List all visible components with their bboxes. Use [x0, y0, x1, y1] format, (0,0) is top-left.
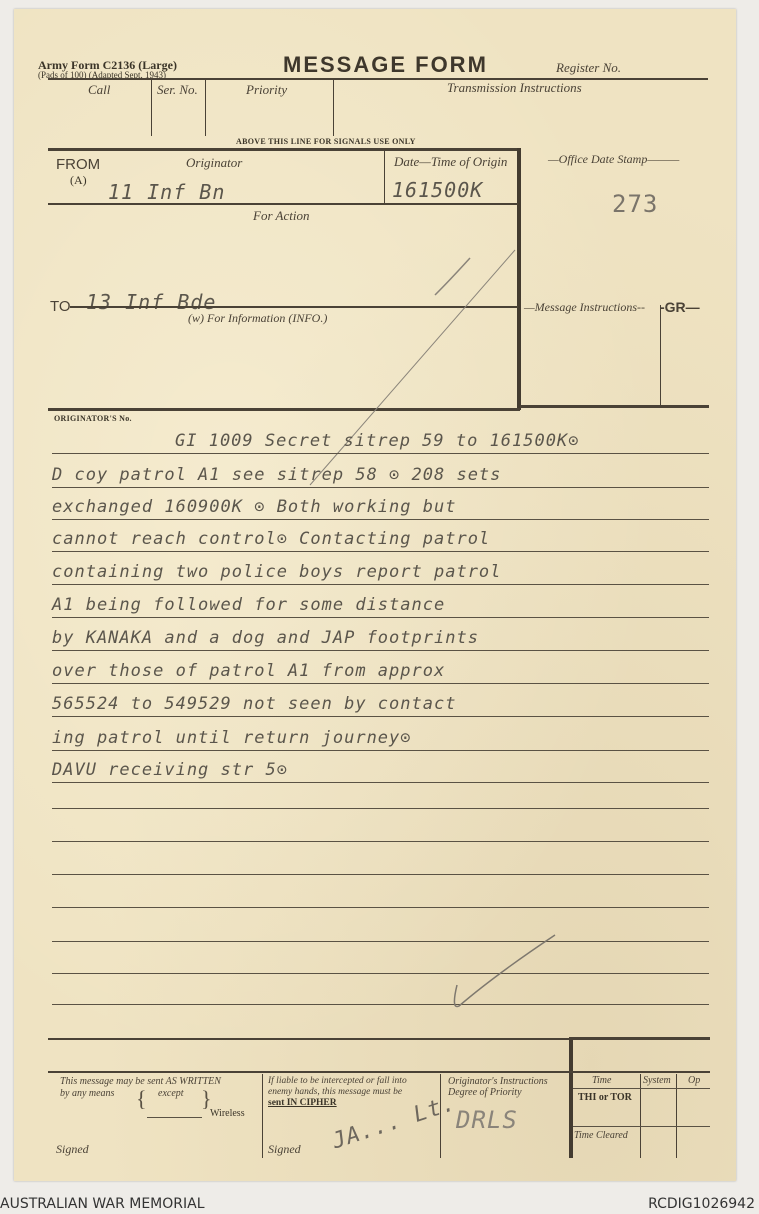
message-text-line: by KANAKA and a dog and JAP footprints	[52, 628, 712, 648]
degree-of-priority-label: Degree of Priority	[448, 1087, 522, 1098]
message-text-line: containing two police boys report patrol	[52, 562, 712, 582]
message-text-line: DAVU receiving str 5⊙	[52, 760, 712, 780]
time-box-top-rule	[569, 1037, 710, 1040]
call-label: Call	[88, 82, 110, 98]
time-col-label: Time	[592, 1075, 611, 1086]
message-line	[52, 683, 709, 684]
priority-entry: DRLS	[456, 1106, 518, 1134]
cipher-line-1: If liable to be intercepted or fall into	[268, 1076, 407, 1086]
from-bottom-rule	[48, 203, 518, 205]
footer-top-rule	[48, 1071, 710, 1073]
date-time-origin-label: Date—Time of Origin	[394, 154, 507, 170]
message-line	[52, 941, 709, 942]
archive-id: RCDIG1026942	[648, 1196, 755, 1212]
cipher-line-3: sent IN CIPHER	[268, 1098, 337, 1108]
divider	[151, 80, 152, 136]
time-cleared-rule	[573, 1126, 710, 1127]
system-col-label: System	[643, 1075, 671, 1086]
message-line	[52, 716, 709, 717]
message-line	[52, 1004, 709, 1005]
message-instructions-label: —Message Instructions--	[524, 300, 645, 315]
instructions-bottom-rule	[520, 405, 709, 408]
time-box-left-edge	[569, 1038, 573, 1158]
except-blank-line	[147, 1117, 202, 1118]
message-text-line: GI 1009 Secret sitrep 59 to 161500K⊙	[175, 431, 759, 451]
cipher-line-2: enemy hands, this message must be	[268, 1087, 402, 1097]
office-stamp-number: 273	[612, 190, 658, 218]
message-line	[52, 487, 709, 488]
signed-label-2: Signed	[268, 1142, 301, 1157]
divider	[440, 1074, 441, 1158]
divider	[205, 80, 206, 136]
message-line	[52, 808, 709, 809]
office-date-stamp-text: Office Date Stamp	[559, 152, 648, 166]
from-sub-label: (A)	[70, 173, 87, 188]
transmission-instructions-label: Transmission Instructions	[447, 80, 582, 96]
originator-label: Originator	[186, 155, 242, 171]
from-top-rule	[48, 148, 520, 151]
message-text-line: 565524 to 549529 not seen by contact	[52, 694, 712, 714]
office-date-stamp-label: —Office Date Stamp———	[548, 152, 679, 167]
header-rule	[48, 78, 708, 80]
thi-tor-label: THI or TOR	[578, 1092, 632, 1103]
message-text-line: D coy patrol A1 see sitrep 58 ⊙ 208 sets	[52, 465, 712, 485]
message-line	[52, 519, 709, 520]
to-label: TO	[50, 298, 71, 315]
date-time-origin-entry: 161500K	[392, 178, 483, 202]
check-mark	[445, 930, 565, 1020]
ser-no-label: Ser. No.	[157, 82, 198, 98]
left-brace: {	[136, 1086, 147, 1112]
message-line	[52, 750, 709, 751]
message-text-line: exchanged 160900K ⊙ Both working but	[52, 497, 712, 517]
register-no-label: Register No.	[556, 60, 621, 76]
message-line	[52, 551, 709, 552]
message-text-line: cannot reach control⊙ Contacting patrol	[52, 529, 712, 549]
signed-label: Signed	[56, 1142, 89, 1157]
from-originator-entry: 11 Inf Bn	[108, 180, 225, 204]
originators-no-label: ORIGINATOR'S No.	[54, 414, 132, 423]
message-text-line: ing patrol until return journey⊙	[52, 728, 712, 748]
message-line	[52, 584, 709, 585]
message-line	[52, 874, 709, 875]
message-line	[52, 617, 709, 618]
gr-label: -GR—	[660, 299, 700, 315]
time-header-rule	[573, 1088, 710, 1089]
message-instructions-text: Message Instructions	[535, 300, 637, 314]
message-text-line: A1 being followed for some distance	[52, 595, 712, 615]
wireless-label: Wireless	[210, 1108, 245, 1119]
except-label: except	[158, 1088, 184, 1099]
divider	[262, 1074, 263, 1158]
message-line	[52, 841, 709, 842]
op-col-label: Op	[688, 1075, 700, 1086]
message-line	[52, 907, 709, 908]
originators-instructions-label: Originator's Instructions	[448, 1076, 548, 1087]
signals-note: ABOVE THIS LINE FOR SIGNALS USE ONLY	[236, 137, 416, 146]
divider	[676, 1074, 677, 1158]
divider	[384, 150, 385, 204]
gr-divider	[660, 305, 661, 405]
message-line	[52, 453, 709, 454]
message-text-line: over those of patrol A1 from approx	[52, 661, 712, 681]
message-line	[52, 973, 709, 974]
bottom-rule	[48, 1038, 572, 1040]
priority-label: Priority	[246, 82, 287, 98]
divider	[333, 80, 334, 136]
by-any-means: by any means	[60, 1088, 114, 1099]
archive-credit: AUSTRALIAN WAR MEMORIAL	[0, 1196, 205, 1212]
message-line	[52, 782, 709, 783]
form-title: MESSAGE FORM	[283, 52, 488, 78]
for-action-label: For Action	[253, 208, 309, 224]
from-label: FROM	[56, 156, 100, 173]
time-cleared-label: Time Cleared	[574, 1130, 628, 1141]
gr-text: GR	[665, 299, 686, 315]
message-line	[52, 650, 709, 651]
divider	[640, 1074, 641, 1158]
